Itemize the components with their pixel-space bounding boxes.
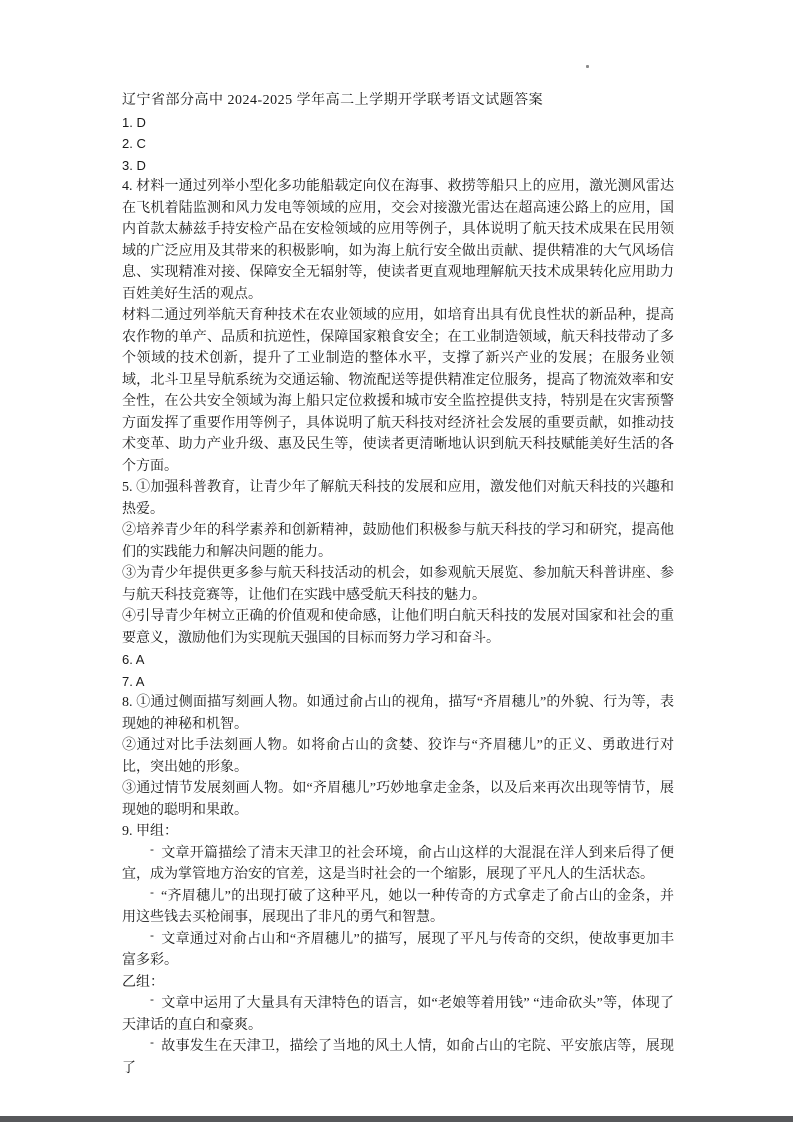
q9-yi-point-2: -故事发生在天津卫，描绘了当地的风土人情，如俞占山的宅院、平安旅店等，展现了 (122, 1036, 674, 1079)
bullet-dash-icon: - (150, 1032, 154, 1054)
q9-group-yi-label: 乙组： (122, 972, 674, 994)
answer-q3: 3. D (122, 155, 674, 177)
q5-point-2: ②培养青少年的科学素养和创新精神，鼓励他们积极参与航天科技的学习和研究，提高他们… (122, 520, 674, 563)
document-content: 辽宁省部分高中 2024-2025 学年高二上学期开学联考语文试题答案 1. D… (122, 90, 674, 1079)
q8-point-3: ③通过情节发展刻画人物。如“齐眉穗儿”巧妙地拿走金条，以及后来再次出现等情节，展… (122, 778, 674, 821)
q8-point-1: 8. ①通过侧面描写刻画人物。如通过俞占山的视角，描写“齐眉穗儿”的外貌、行为等… (122, 692, 674, 735)
bullet-dash-icon: - (150, 882, 154, 904)
q5-point-1: 5. ①加强科普教育，让青少年了解航天科技的发展和应用，激发他们对航天科技的兴趣… (122, 477, 674, 520)
q9-jia-point-1-text: 文章开篇描绘了清末天津卫的社会环境，俞占山这样的大混混在洋人到来后得了便宜，成为… (122, 846, 674, 883)
bullet-dash-icon: - (150, 989, 154, 1011)
q9-yi-point-1-text: 文章中运用了大量具有天津特色的语言，如“老娘等着用钱” “违命砍头”等，体现了天… (122, 996, 674, 1033)
answer-q7: 7. A (122, 671, 674, 693)
q4-material2-paragraph: 材料二通过列举航天育种技术在农业领域的应用，如培育出具有优良性状的新品种，提高农… (122, 305, 674, 477)
q5-point-3: ③为青少年提供更多参与航天科技活动的机会，如参观航天展览、参加航天科普讲座、参与… (122, 563, 674, 606)
q9-yi-point-1: -文章中运用了大量具有天津特色的语言，如“老娘等着用钱” “违命砍头”等，体现了… (122, 993, 674, 1036)
answer-q6: 6. A (122, 649, 674, 671)
bullet-dash-icon: - (150, 839, 154, 861)
answer-q1: 1. D (122, 112, 674, 134)
q4-material1-paragraph: 4. 材料一通过列举小型化多功能船载定向仪在海事、救捞等船只上的应用，激光测风雷… (122, 176, 674, 305)
bullet-dash-icon: - (150, 925, 154, 947)
window-bottom-edge (0, 1116, 793, 1122)
answer-q2: 2. C (122, 133, 674, 155)
speck-artifact (586, 65, 589, 68)
q5-point-4: ④引导青少年树立正确的价值观和使命感，让他们明白航天科技的发展对国家和社会的重要… (122, 606, 674, 649)
q9-yi-point-2-text: 故事发生在天津卫，描绘了当地的风土人情，如俞占山的宅院、平安旅店等，展现了 (122, 1039, 674, 1076)
q9-jia-point-1: -文章开篇描绘了清末天津卫的社会环境，俞占山这样的大混混在洋人到来后得了便宜，成… (122, 843, 674, 886)
q8-point-2: ②通过对比手法刻画人物。如将俞占山的贪婪、狡诈与“齐眉穗儿”的正义、勇敢进行对比… (122, 735, 674, 778)
q9-jia-point-3: -文章通过对俞占山和“齐眉穗儿”的描写，展现了平凡与传奇的交织，使故事更加丰富多… (122, 929, 674, 972)
q9-jia-point-2-text: “齐眉穗儿”的出现打破了这种平凡，她以一种传奇的方式拿走了俞占山的金条，并用这些… (122, 889, 674, 926)
q9-jia-point-3-text: 文章通过对俞占山和“齐眉穗儿”的描写，展现了平凡与传奇的交织，使故事更加丰富多彩… (122, 932, 674, 969)
document-page: 辽宁省部分高中 2024-2025 学年高二上学期开学联考语文试题答案 1. D… (0, 0, 793, 1122)
q9-group-jia-label: 9. 甲组： (122, 821, 674, 843)
q9-jia-point-2: -“齐眉穗儿”的出现打破了这种平凡，她以一种传奇的方式拿走了俞占山的金条，并用这… (122, 886, 674, 929)
doc-title: 辽宁省部分高中 2024-2025 学年高二上学期开学联考语文试题答案 (122, 90, 674, 112)
